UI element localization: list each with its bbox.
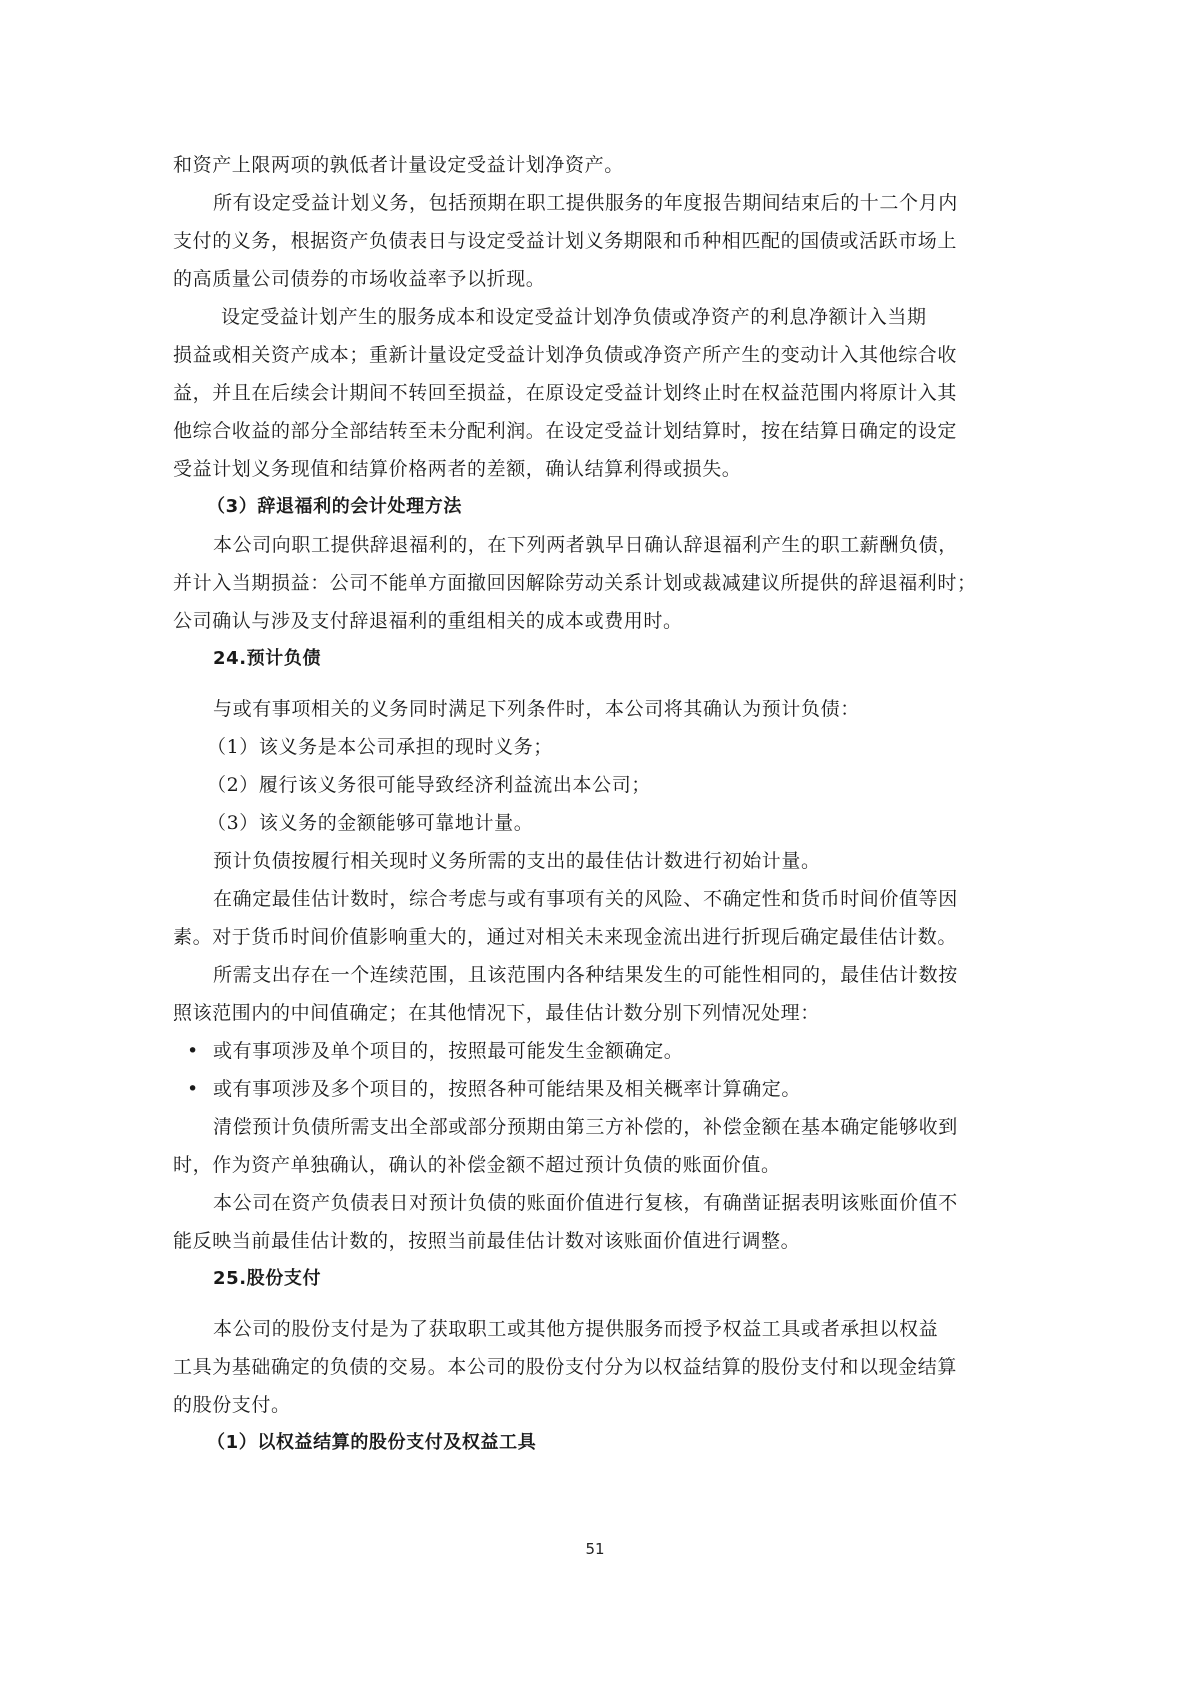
text-line: 受益计划义务现值和结算价格两者的差额，确认结算利得或损失。 (173, 450, 1018, 488)
text-line: 益，并且在后续会计期间不转回至损益，在原设定受益计划终止时在权益范围内将原计入其 (173, 374, 1018, 412)
paragraph-start: 预计负债按履行相关现时义务所需的支出的最佳估计数进行初始计量。 (173, 842, 1018, 880)
text-line: 的高质量公司债券的市场收益率予以折现。 (173, 260, 1018, 298)
bullet-item: •或有事项涉及单个项目的，按照最可能发生金额确定。 (173, 1032, 1018, 1070)
page-number: 51 (0, 1540, 1190, 1558)
bullet-text: 或有事项涉及多个项目的，按照各种可能结果及相关概率计算确定。 (213, 1078, 801, 1100)
text-line: 并计入当期损益：公司不能单方面撤回因解除劳动关系计划或裁减建议所提供的辞退福利时… (173, 564, 1018, 602)
document-page: 和资产上限两项的孰低者计量设定受益计划净资产。 所有设定受益计划义务，包括预期在… (0, 0, 1190, 1683)
text-line: 素。对于货币时间价值影响重大的，通过对相关未来现金流出进行折现后确定最佳估计数。 (173, 918, 1018, 956)
paragraph-start: 设定受益计划产生的服务成本和设定受益计划净负债或净资产的利息净额计入当期 (173, 298, 1018, 336)
list-item: （1）该义务是本公司承担的现时义务； (173, 728, 1018, 766)
paragraph-start: 本公司向职工提供辞退福利的，在下列两者孰早日确认辞退福利产生的职工薪酬负债， (173, 526, 1018, 564)
text-line: 能反映当前最佳估计数的，按照当前最佳估计数对该账面价值进行调整。 (173, 1222, 1018, 1260)
paragraph-start: 本公司的股份支付是为了获取职工或其他方提供服务而授予权益工具或者承担以权益 (173, 1310, 1018, 1348)
page-content: 和资产上限两项的孰低者计量设定受益计划净资产。 所有设定受益计划义务，包括预期在… (173, 146, 1018, 1462)
list-item: （3）该义务的金额能够可靠地计量。 (173, 804, 1018, 842)
paragraph-start: 与或有事项相关的义务同时满足下列条件时，本公司将其确认为预计负债： (173, 690, 1018, 728)
paragraph-start: 所有设定受益计划义务，包括预期在职工提供服务的年度报告期间结束后的十二个月内 (173, 184, 1018, 222)
section-heading-share-based-payment: 25.股份支付 (173, 1260, 1018, 1298)
paragraph-start: 在确定最佳估计数时，综合考虑与或有事项有关的风险、不确定性和货币时间价值等因 (173, 880, 1018, 918)
text-line: 照该范围内的中间值确定；在其他情况下，最佳估计数分别下列情况处理： (173, 994, 1018, 1032)
text-line: 的股份支付。 (173, 1386, 1018, 1424)
text-line: 损益或相关资产成本；重新计量设定受益计划净负债或净资产所产生的变动计入其他综合收 (173, 336, 1018, 374)
text-line: 工具为基础确定的负债的交易。本公司的股份支付分为以权益结算的股份支付和以现金结算 (173, 1348, 1018, 1386)
bullet-item: •或有事项涉及多个项目的，按照各种可能结果及相关概率计算确定。 (173, 1070, 1018, 1108)
bullet-text: 或有事项涉及单个项目的，按照最可能发生金额确定。 (213, 1040, 683, 1062)
text-line: 公司确认与涉及支付辞退福利的重组相关的成本或费用时。 (173, 602, 1018, 640)
text-line: 时，作为资产单独确认，确认的补偿金额不超过预计负债的账面价值。 (173, 1146, 1018, 1184)
paragraph-start: 所需支出存在一个连续范围，且该范围内各种结果发生的可能性相同的，最佳估计数按 (173, 956, 1018, 994)
paragraph-start: 清偿预计负债所需支出全部或部分预期由第三方补偿的，补偿金额在基本确定能够收到 (173, 1108, 1018, 1146)
text-line: 他综合收益的部分全部结转至未分配利润。在设定受益计划结算时，按在结算日确定的设定 (173, 412, 1018, 450)
bullet-icon: • (187, 1070, 213, 1108)
text-line: 支付的义务，根据资产负债表日与设定受益计划义务期限和币种相匹配的国债或活跃市场上 (173, 222, 1018, 260)
section-heading-provisions: 24.预计负债 (173, 640, 1018, 678)
subsection-heading-equity-settled: （1）以权益结算的股份支付及权益工具 (173, 1424, 1018, 1462)
bullet-icon: • (187, 1032, 213, 1070)
subsection-heading-termination-benefits: （3）辞退福利的会计处理方法 (173, 488, 1018, 526)
list-item: （2）履行该义务很可能导致经济利益流出本公司； (173, 766, 1018, 804)
paragraph-start: 本公司在资产负债表日对预计负债的账面价值进行复核，有确凿证据表明该账面价值不 (173, 1184, 1018, 1222)
text-line: 和资产上限两项的孰低者计量设定受益计划净资产。 (173, 146, 1018, 184)
